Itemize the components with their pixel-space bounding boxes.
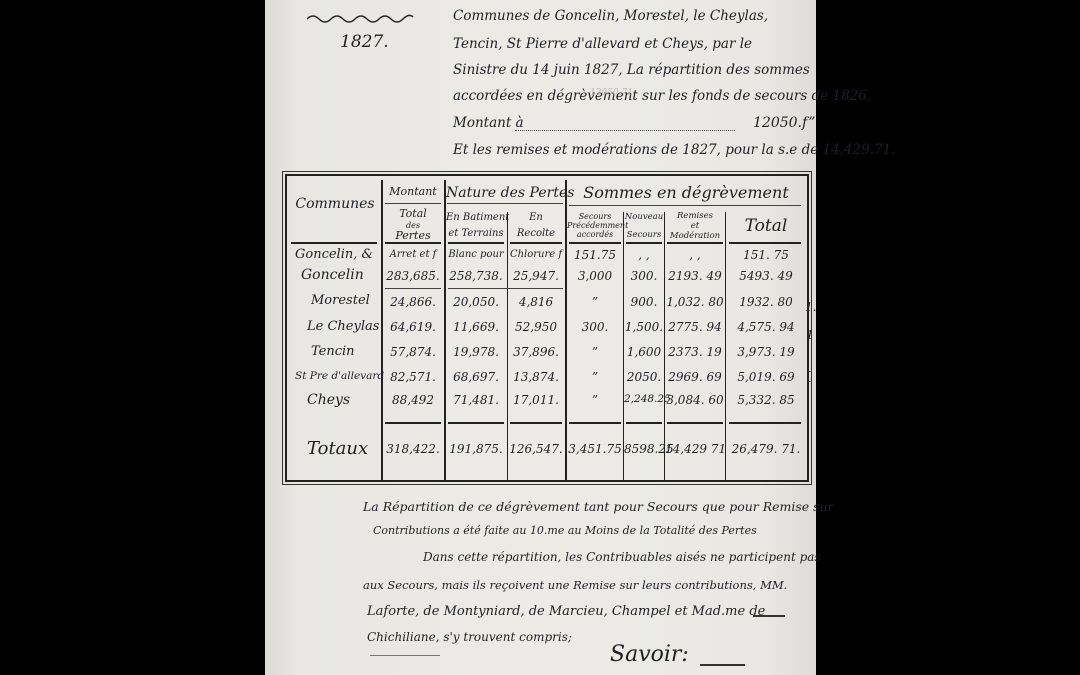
closing-line: Contributions a été faite au 10.me au Mo… [373, 524, 757, 537]
savoir-heading: Savoir: [610, 642, 689, 667]
line-filler [700, 664, 745, 666]
totals-label: Totaux [307, 438, 368, 459]
dotted-leader [515, 128, 735, 131]
header-montant: Montant [383, 186, 443, 199]
commune-name: Cheys [307, 392, 350, 408]
pencil-note: 12050.71 [590, 88, 633, 98]
closing-line: La Répartition de ce dégrèvement tant po… [363, 499, 834, 514]
pencil-stroke [370, 655, 440, 656]
commune-name: Le Cheylas [307, 319, 379, 334]
intro-line: Et les remises et modérations de 1827, p… [453, 142, 896, 158]
closing-line: aux Secours, mais ils reçoivent une Remi… [363, 578, 787, 592]
line-filler [753, 615, 785, 617]
commune-name: Goncelin [301, 267, 364, 283]
intro-line: accordées en dégrèvement sur les fonds d… [453, 88, 871, 104]
commune-name: St Pre d'allevard [295, 370, 384, 382]
header-en-batiments: En Batiment et Terrains [446, 212, 506, 239]
commune-name: Goncelin, & [295, 247, 373, 262]
closing-line: Dans cette répartition, les Contribuable… [423, 550, 821, 564]
margin-mark: - [807, 374, 811, 388]
degrevement-table: Communes Montant Total des Pertes Nature… [285, 174, 809, 482]
header-secours-precedemment: Secours Précédemment accordés [567, 212, 623, 240]
commune-name: Morestel [311, 293, 370, 308]
header-nouveau-secours: Nouveau Secours [624, 212, 664, 242]
closing-line: Chichiliane, s'y trouvent compris; [367, 630, 572, 644]
intro-line: Sinistre du 14 juin 1827, La répartition… [453, 62, 810, 78]
margin-mark: 1. [805, 300, 816, 314]
closing-line: Laforte, de Montyniard, de Marcieu, Cham… [367, 604, 765, 619]
flourish-decoration [305, 10, 415, 26]
commune-name: Tencin [311, 344, 355, 359]
ledger-page: 1827. Communes de Goncelin, Morestel, le… [265, 0, 816, 675]
intro-amount: 12050.f” [753, 115, 815, 131]
header-sommes-en-degrevement: Sommes en dégrèvement [567, 183, 805, 202]
header-remises-moderation: Remises et Modération [665, 212, 725, 241]
header-nature-des-pertes: Nature des Pertes [446, 185, 564, 201]
intro-line: Tencin, St Pierre d'allevard et Cheys, p… [453, 36, 752, 52]
intro-line: Montant à [453, 115, 524, 131]
entry-year: 1827. [340, 32, 389, 52]
margin-mark: 1 [806, 328, 814, 342]
header-total: Total [727, 216, 805, 236]
intro-line: Communes de Goncelin, Morestel, le Cheyl… [453, 8, 768, 24]
header-communes: Communes [291, 196, 379, 212]
header-en-recolte: En Recolte [508, 212, 564, 239]
header-total-pertes: Total des Pertes [383, 208, 443, 242]
